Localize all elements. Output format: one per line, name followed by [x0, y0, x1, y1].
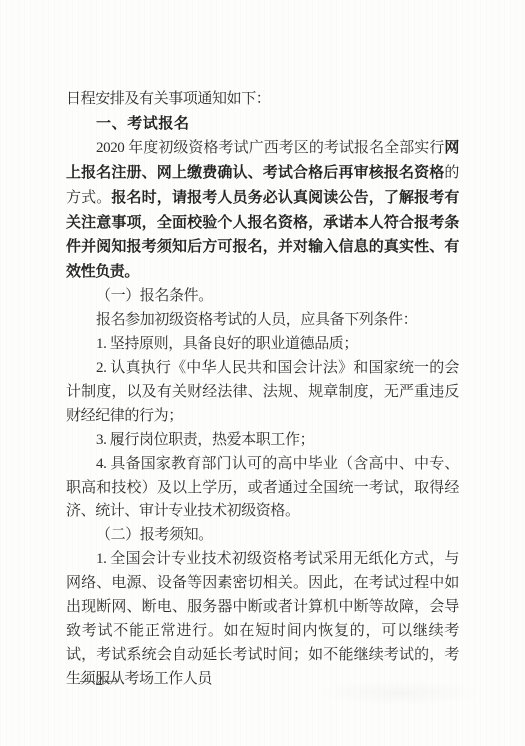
registration-text-bold-notice: 报名时，请报考人员务必认真阅读公告，了解报考有关注意事项，全面校验个人报名资格，…	[66, 189, 459, 281]
condition-item-4: 4. 具备国家教育部门认可的高中毕业（含高中、中专、职高和技校）及以上学历，或者…	[66, 453, 459, 525]
section-heading-exam-registration: 一、考试报名	[66, 112, 459, 136]
condition-item-1: 1. 坚持原则，具备良好的职业道德品质；	[66, 333, 459, 357]
condition-item-3: 3. 履行岗位职责，热爱本职工作；	[66, 429, 459, 453]
conditions-intro: 报名参加初级资格考试的人员，应具备下列条件：	[66, 309, 459, 333]
intro-line: 日程安排及有关事项通知如下：	[66, 88, 459, 112]
registration-text-normal-1: 2020 年度初级资格考试广西考区的考试报名全部实行	[96, 140, 444, 156]
condition-item-2: 2. 认真执行《中华人民共和国会计法》和国家统一的会计制度，以及有关财经法律、法…	[66, 357, 459, 429]
sub-heading-notice: （二）报考须知。	[66, 524, 459, 548]
sub-heading-conditions: （一）报名条件。	[66, 285, 459, 309]
notice-item-1: 1. 全国会计专业技术初级资格考试采用无纸化方式，与网络、电源、设备等因素密切相…	[66, 548, 459, 691]
scanned-document-page: 日程安排及有关事项通知如下： 一、考试报名 2020 年度初级资格考试广西考区的…	[0, 0, 525, 746]
document-body: 日程安排及有关事项通知如下： 一、考试报名 2020 年度初级资格考试广西考区的…	[66, 88, 459, 692]
page-number: —2—	[80, 673, 119, 690]
paragraph-registration-method: 2020 年度初级资格考试广西考区的考试报名全部实行网上报名注册、网上缴费确认、…	[66, 136, 459, 285]
